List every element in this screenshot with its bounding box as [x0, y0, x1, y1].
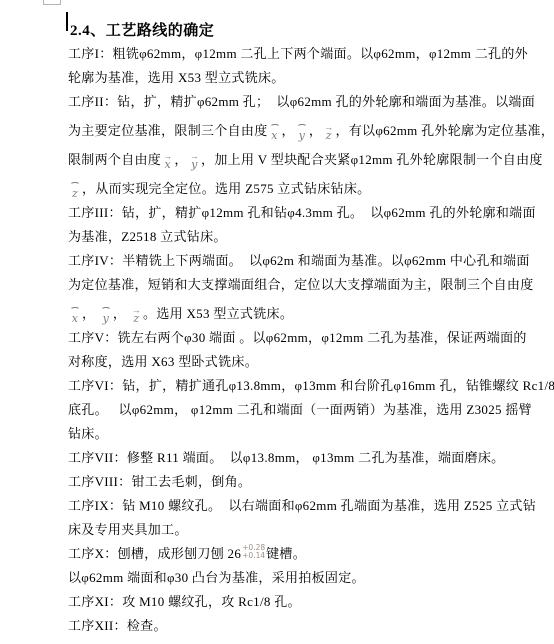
- text-line: 工序VII：修整 R11 端面。 以φ13.8mm， φ13mm 二孔为基准，端…: [68, 442, 540, 466]
- text-line: 限制两个自由度→x，→y，加上用 V 型块配合夹紧φ12mm 孔外轮廓限制一个自…: [68, 139, 540, 168]
- text-run: 限制两个自由度: [68, 152, 161, 168]
- text-line: 为定位基准，短销和大支撑端面组合，定位以大支撑端面为主，限制三个自由度: [68, 269, 540, 293]
- text-run: 工序III：钻，扩，精扩φ12mm 孔和钻φ4.3mm 孔。 以φ62mm 孔的…: [68, 205, 536, 221]
- text-run: 以φ62mm 端面和φ30 凸台为基准，采用拍板固定。: [68, 570, 365, 586]
- text-run: ，: [113, 306, 130, 322]
- text-run: 床及专用夹具加工。: [68, 522, 188, 538]
- text-line: 工序II：钻，扩，精扩φ62mm 孔； 以φ62mm 孔的外轮廓和端面为基准。以…: [68, 86, 540, 110]
- dof-axis-letter: x: [72, 313, 79, 324]
- translation-dof-symbol: →z: [132, 307, 141, 324]
- text-line: 对称度，选用 X63 型卧式铣床。: [68, 346, 540, 370]
- translation-dof-symbol: →x: [163, 153, 172, 170]
- text-line: 为基准，Z2518 立式钻床。: [68, 221, 540, 245]
- text-line: 钻床。: [68, 418, 540, 442]
- dof-axis-letter: x: [165, 159, 172, 170]
- text-run: 为定位基准，短销和大支撑端面组合，定位以大支撑端面为主，限制三个自由度: [68, 277, 534, 293]
- text-run: 键槽。: [266, 546, 306, 562]
- text-run: 底孔。 以φ62mm， φ12mm 二孔和端面（一面两销）为基准，选用 Z302…: [68, 402, 532, 418]
- text-line: 床及专用夹具加工。: [68, 514, 540, 538]
- text-line: 工序III：钻，扩，精扩φ12mm 孔和钻φ4.3mm 孔。 以φ62mm 孔的…: [68, 197, 540, 221]
- text-run: 工序IX：钻 M10 螺纹孔。 以右端面和φ62mm 孔端面为基准，选用 Z52…: [68, 498, 536, 514]
- text-line: z，从而实现完全定位。选用 Z575 立式钻床钻床。: [68, 168, 540, 197]
- rotation-dof-symbol: x: [70, 307, 80, 324]
- text-run: ，: [174, 152, 187, 168]
- text-run: 工序VII：修整 R11 端面。 以φ13.8mm， φ13mm 二孔为基准，端…: [68, 450, 504, 466]
- text-line: 工序V：铣左右两个φ30 端面 。以φ62mm，φ12mm 二孔为基准，保证两端…: [68, 322, 540, 346]
- text-line: 工序VI：钻，扩，精扩通孔φ13.8mm，φ13mm 和台阶孔φ16mm 孔，钻…: [68, 370, 540, 394]
- text-line: 工序X：刨槽，成形刨刀刨 26+0.28+0.14键槽。: [68, 538, 540, 562]
- dof-axis-letter: x: [271, 130, 278, 141]
- text-line: 以φ62mm 端面和φ30 凸台为基准，采用拍板固定。: [68, 562, 540, 586]
- text-run: ，: [82, 306, 99, 322]
- tolerance-lower: +0.14: [242, 552, 265, 560]
- text-run: 工序V：铣左右两个φ30 端面 。以φ62mm，φ12mm 二孔为基准，保证两端…: [68, 330, 527, 346]
- dof-axis-letter: z: [133, 313, 139, 324]
- page-title: 2.4、工艺路线的确定: [70, 19, 214, 40]
- document-page: 2.4、工艺路线的确定 工序I：粗铣φ62mm，φ12mm 二孔上下两个端面。以…: [0, 0, 554, 644]
- rotation-dof-symbol: z: [70, 182, 80, 199]
- translation-dof-symbol: →y: [190, 153, 199, 170]
- text-line: 工序XI：攻 M10 螺纹孔，攻 Rc1/8 孔。: [68, 586, 540, 610]
- text-run: 工序X：刨槽，成形刨刀刨 26: [68, 546, 241, 562]
- text-run: 工序XII：检查。: [68, 618, 167, 634]
- margin-crop-mark: [43, 0, 61, 5]
- text-run: ，: [309, 123, 322, 139]
- rotation-dof-symbol: y: [101, 307, 111, 324]
- rotation-dof-symbol: y: [297, 124, 307, 141]
- text-run: 工序VI：钻，扩，精扩通孔φ13.8mm，φ13mm 和台阶孔φ16mm 孔，钻…: [68, 378, 554, 394]
- rotation-dof-symbol: x: [270, 124, 280, 141]
- text-cursor: [66, 12, 68, 31]
- text-run: 轮廓为基准，选用 X53 型立式铣床。: [68, 70, 285, 86]
- text-line: 工序VIII：钳工去毛刺，倒角。: [68, 466, 540, 490]
- text-run: 工序VIII：钳工去毛刺，倒角。: [68, 474, 251, 490]
- text-run: ，从而实现完全定位。选用 Z575 立式钻床钻床。: [82, 181, 370, 197]
- dof-axis-letter: y: [103, 313, 110, 324]
- text-run: 工序II：钻，扩，精扩φ62mm 孔； 以φ62mm 孔的外轮廓和端面为基准。以…: [68, 94, 535, 110]
- text-line: 工序IV：半精铣上下两端面。 以φ62m 和端面为基准。以φ62mm 中心孔和端…: [68, 245, 540, 269]
- text-line: 工序XII：检查。: [68, 610, 540, 634]
- dof-axis-letter: z: [326, 130, 332, 141]
- text-run: 工序I：粗铣φ62mm，φ12mm 二孔上下两个端面。以φ62mm，φ12mm …: [68, 46, 528, 62]
- text-line: 为主要定位基准，限制三个自由度x，y，→z，有以φ62mm 孔外轮廓为定位基准，: [68, 110, 540, 139]
- tolerance-stack: +0.28+0.14: [242, 544, 265, 560]
- text-line: 轮廓为基准，选用 X53 型立式铣床。: [68, 62, 540, 86]
- text-run: 。选用 X53 型立式铣床。: [143, 306, 293, 322]
- text-run: 工序XI：攻 M10 螺纹孔，攻 Rc1/8 孔。: [68, 594, 301, 610]
- translation-dof-symbol: →z: [324, 124, 333, 141]
- text-run: ，有以φ62mm 孔外轮廓为定位基准，: [335, 123, 554, 139]
- dof-axis-letter: z: [72, 188, 78, 199]
- text-run: 为主要定位基准，限制三个自由度: [68, 123, 268, 139]
- text-run: ，加上用 V 型块配合夹紧φ12mm 孔外轮廓限制一个自由度: [201, 152, 543, 168]
- text-run: 对称度，选用 X63 型卧式铣床。: [68, 354, 258, 370]
- text-run: ，: [282, 123, 295, 139]
- text-line: x， y， →z。选用 X53 型立式铣床。: [68, 293, 540, 322]
- dof-axis-letter: y: [191, 159, 198, 170]
- text-run: 工序IV：半精铣上下两端面。 以φ62m 和端面为基准。以φ62mm 中心孔和端…: [68, 253, 530, 269]
- text-line: 底孔。 以φ62mm， φ12mm 二孔和端面（一面两销）为基准，选用 Z302…: [68, 394, 540, 418]
- text-run: 为基准，Z2518 立式钻床。: [68, 229, 227, 245]
- text-line: 工序I：粗铣φ62mm，φ12mm 二孔上下两个端面。以φ62mm，φ12mm …: [68, 38, 540, 62]
- text-run: 钻床。: [68, 426, 108, 442]
- dof-axis-letter: y: [299, 130, 306, 141]
- text-line: 工序IX：钻 M10 螺纹孔。 以右端面和φ62mm 孔端面为基准，选用 Z52…: [68, 490, 540, 514]
- document-body[interactable]: 工序I：粗铣φ62mm，φ12mm 二孔上下两个端面。以φ62mm，φ12mm …: [68, 38, 540, 634]
